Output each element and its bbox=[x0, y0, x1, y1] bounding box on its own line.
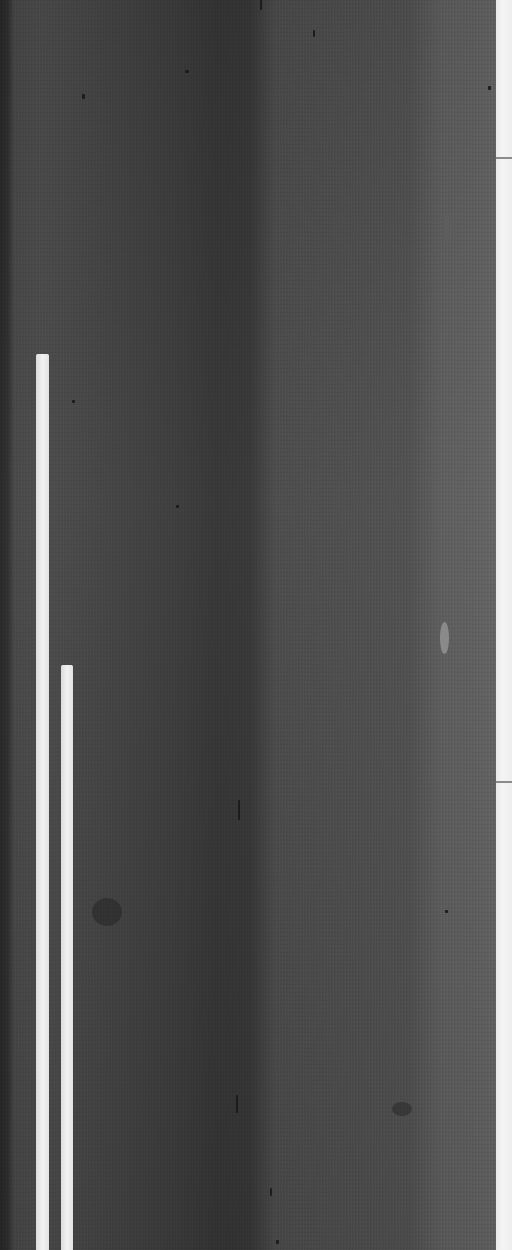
pavement-speck bbox=[488, 86, 491, 90]
road-surface-image bbox=[0, 0, 512, 1250]
pavement-speck bbox=[185, 70, 189, 73]
light-patch bbox=[440, 622, 449, 654]
pavement-speck bbox=[236, 1095, 238, 1113]
left-lane-marking-short bbox=[61, 665, 73, 1250]
pavement-speck bbox=[176, 505, 179, 508]
lighting-gradient bbox=[0, 0, 512, 1250]
edge-line-seam bbox=[496, 781, 512, 783]
left-lane-marking-long bbox=[36, 354, 49, 1250]
pavement-speck bbox=[276, 1240, 279, 1244]
pavement-speck bbox=[445, 910, 448, 913]
right-edge-line bbox=[496, 0, 512, 1250]
pavement-speck bbox=[82, 94, 85, 99]
dark-stain bbox=[392, 1102, 412, 1116]
pavement-speck bbox=[238, 800, 240, 820]
pavement-speck bbox=[270, 1188, 272, 1196]
edge-line-seam bbox=[496, 157, 512, 159]
pavement-speck bbox=[313, 30, 315, 37]
pavement-speck bbox=[72, 400, 75, 403]
light-patch bbox=[444, 212, 450, 242]
pavement-speck bbox=[260, 0, 262, 10]
dark-stain bbox=[92, 898, 122, 926]
